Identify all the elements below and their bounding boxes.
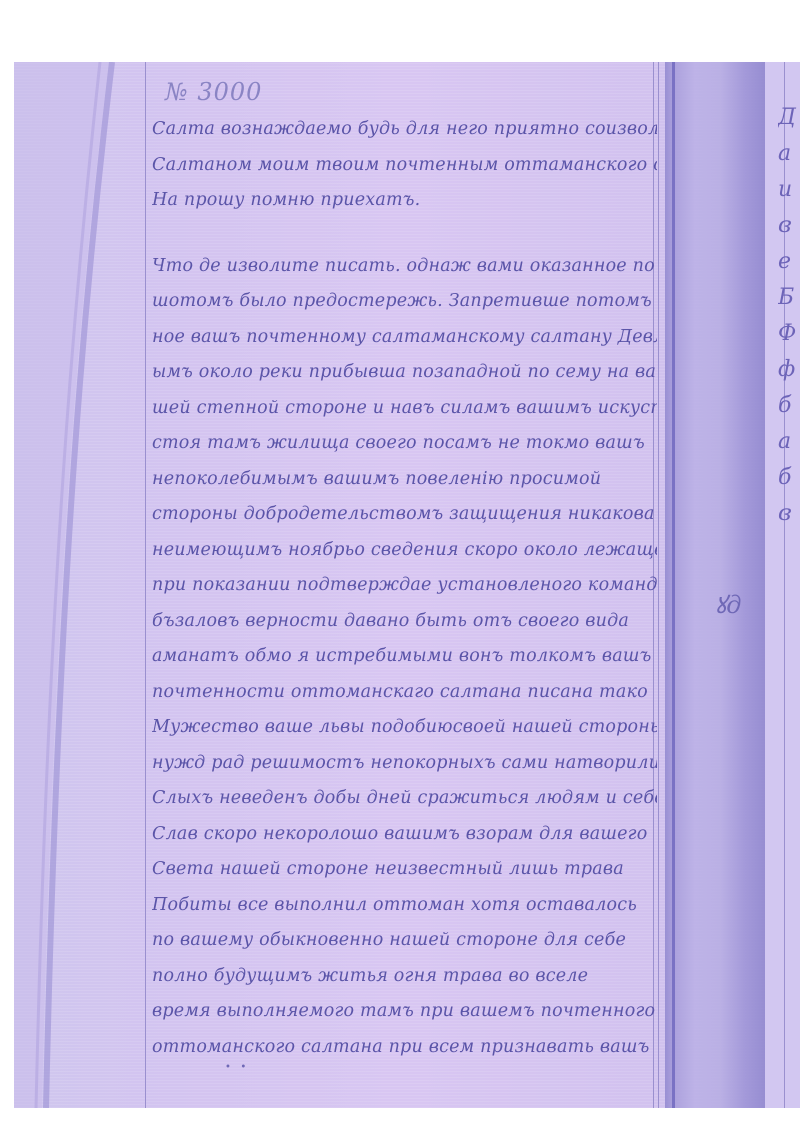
text-line: шотомъ было предостережь. Запретивше пот… [152, 284, 657, 320]
text-line: Мужество ваше львы подобиюсвоей нашей ст… [152, 710, 657, 746]
text-line: Слыхъ неведенъ добы дней сражиться людям… [152, 781, 657, 817]
text-line: Салтаном моим твоим почтенным оттаманско… [152, 148, 657, 184]
text-line: ымъ около реки прибывша позападной по се… [152, 355, 657, 391]
text-line: неимеющимъ ноябрьо сведения скоро около … [152, 533, 657, 569]
pencil-folio-number: № 3000 [165, 78, 262, 106]
paragraph-1: Салта вознаждаемо будь для него приятно … [152, 112, 657, 219]
text-line: полно будущимъ житья огня трава во вселе [152, 959, 657, 995]
text-line: На прошу помню приехатъ. [152, 183, 657, 219]
text-line: непоколебимымъ вашимъ повеленiю просимой [152, 462, 657, 498]
margin-mark: ꙋд [715, 588, 741, 621]
text-line: Салта вознаждаемо будь для него приятно … [152, 112, 657, 148]
text-line: ное вашъ почтенному салтаманскому салтан… [152, 320, 657, 356]
paragraph-gap [152, 219, 657, 249]
text-line: аманатъ обмо я истребимыми вонъ толкомъ … [152, 639, 657, 675]
text-line: шей степной стороне и навъ силамъ вашимъ… [152, 391, 657, 427]
text-line: стороны добродетельствомъ защищения ника… [152, 497, 657, 533]
text-line: бъзаловъ верности давано быть отъ своего… [152, 604, 657, 640]
manuscript-text: Салта вознаждаемо будь для него приятно … [152, 112, 657, 1065]
right-margin-rule-inner [658, 62, 659, 1108]
text-line: Слав скоро некоролошо вашимъ взорам для … [152, 817, 657, 853]
text-line: нужд рад решимостъ непокорныхъ сами натв… [152, 746, 657, 782]
adjacent-page-text: Д а и ɞ е Б Ф ф б а б ɞ [778, 100, 800, 1080]
paragraph-2: Что де изволите писать. однаж вами оказа… [152, 249, 657, 1066]
text-line: Побиты все выполнил оттоман хотя оставал… [152, 888, 657, 924]
binding-line [672, 62, 675, 1108]
text-line: стоя тамъ жилища своего посамъ не токмо … [152, 426, 657, 462]
text-line: при показании подтверждае установленого … [152, 568, 657, 604]
left-margin-rule [145, 62, 146, 1108]
text-line: оттоманского салтана при всем признавать… [152, 1030, 657, 1066]
text-line: по вашему обыкновенно нашей стороне для … [152, 923, 657, 959]
binding-spine-shadow [665, 62, 765, 1108]
text-line: почтенности оттоманскаго салтана писана … [152, 675, 657, 711]
text-line: время выполняемого тамъ при вашемъ почте… [152, 994, 657, 1030]
ink-specks: • • [225, 1062, 246, 1073]
text-line: Что де изволите писать. однаж вами оказа… [152, 249, 657, 285]
text-line: Света нашей стороне неизвестный лишь тра… [152, 852, 657, 888]
